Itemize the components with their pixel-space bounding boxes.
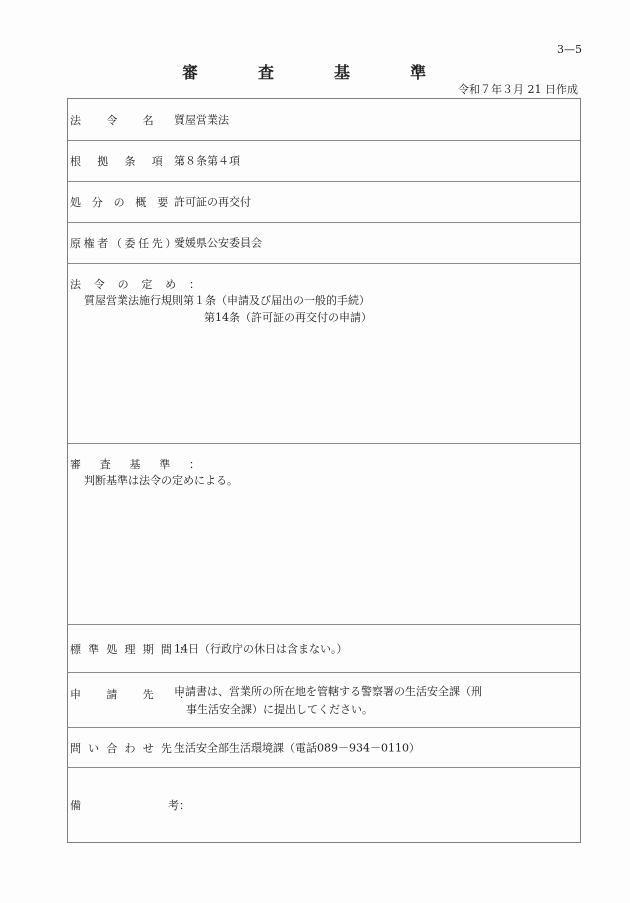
row-outline: 処分の概要： 許可証の再交付 [68,182,580,223]
row-label: 法令名： [70,99,190,140]
row-value: 質屋営業法 [174,110,574,129]
row-label: 法令の定め： [70,276,200,292]
row-contact: 問い合わせ先： 生活安全部生活環境課（電話089－934－0110） [68,728,580,768]
row-value: 申請書は、営業所の所在地を管轄する警察署の生活安全課（刑 事生活安全課）に提出し… [174,683,574,719]
row-apply-to: 申請先： 申請書は、営業所の所在地を管轄する警察署の生活安全課（刑 事生活安全課… [68,673,580,728]
row-value: 許可証の再交付 [174,193,574,212]
row-label: 備考： [70,768,190,842]
row-law-name: 法令名： 質屋営業法 [68,99,580,141]
row-provisions: 法令の定め： 質屋営業法施行規則第１条（申請及び届出の一般的手続） 第14条（許… [68,264,580,444]
row-body: 判断基準は法令の定めによる。 [84,472,238,489]
row-criteria: 審査基準： 判断基準は法令の定めによる。 [68,444,580,625]
row-period: 標準処理期間： 14日（行政庁の休日は含まない。） [68,625,580,673]
row-value: 生活安全部生活環境課（電話089－934－0110） [174,738,574,757]
row-authority: 原権者（委任先）： 愛媛県公安委員会 [68,223,580,264]
criteria-table: 法令名： 質屋営業法 根拠条項： 第８条第４項 処分の概要： 許可証の再交付 原… [67,98,581,843]
row-body: 質屋営業法施行規則第１条（申請及び届出の一般的手続） 第14条（許可証の再交付の… [84,292,372,326]
row-label: 問い合わせ先： [70,728,190,767]
row-basis: 根拠条項： 第８条第４項 [68,141,580,182]
page-title: 審 査 基 準 [0,60,630,83]
row-remarks: 備考： [68,768,580,842]
row-label: 標準処理期間： [70,625,190,672]
page-number: 3—5 [557,43,582,56]
row-label: 処分の概要： [70,182,190,222]
created-date: 令和７年３月 21 日作成 [458,81,578,97]
row-value: 第８条第４項 [174,152,574,171]
row-value: 14日（行政庁の休日は含まない。） [174,639,574,658]
row-value: 愛媛県公安委員会 [174,234,574,253]
row-label: 原権者（委任先）： [70,223,190,263]
row-label: 審査基準： [70,456,200,472]
row-label: 根拠条項： [70,141,190,181]
